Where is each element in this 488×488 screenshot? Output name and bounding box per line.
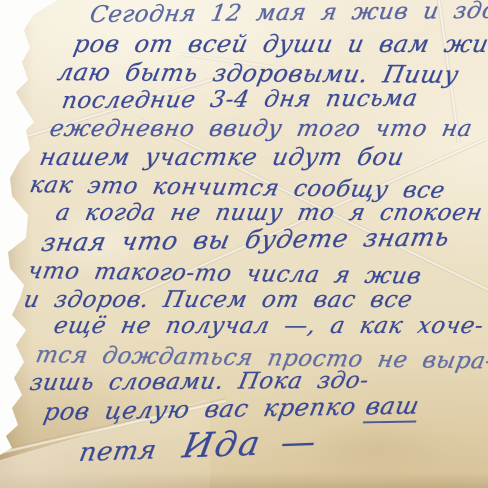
line-text: ещё не получал —, а как хоче-: [51, 313, 485, 339]
handwriting-line: ров от всей души и вам жи-: [71, 30, 488, 58]
line-text: зишь словами. Пока здо-: [28, 368, 371, 396]
handwriting-line: ещё не получал —, а как хоче-: [51, 313, 485, 339]
line-text: лаю быть здоровыми. Пишу: [55, 58, 461, 89]
handwriting-line: и здоров. Писем от вас все: [21, 287, 414, 313]
line-text: зная что вы будете знать: [39, 222, 452, 257]
line-text: нашем участке идут бои: [37, 143, 406, 171]
paper-sheet: Сегодня 12 мая я жив и здо- ров от всей …: [0, 0, 488, 488]
handwriting-line: Сегодня 12 мая я жив и здо-: [88, 0, 488, 28]
line-text: последние 3-4 дня письма: [60, 86, 420, 114]
handwriting-line: лаю быть здоровыми. Пишу: [55, 58, 461, 89]
handwriting-line: ров целую вас крепковаш: [41, 391, 421, 426]
line-text: ров от всей души и вам жи-: [71, 30, 488, 58]
handwriting-line: зишь словами. Пока здо-: [28, 368, 371, 396]
handwriting-line: ежедневно ввиду того что на: [47, 116, 474, 142]
line-text: и здоров. Писем от вас все: [21, 287, 414, 313]
torn-edge-shading: [0, 0, 34, 488]
handwriting-line: нашем участке идут бои: [37, 143, 406, 171]
underlined-word: ваш: [363, 391, 422, 423]
handwriting-line: что такого-то числа я жив: [26, 258, 424, 290]
signature-flourish: Ида —: [180, 422, 321, 467]
letter-scan: Сегодня 12 мая я жив и здо- ров от всей …: [0, 0, 488, 488]
line-text: Сегодня 12 мая я жив и здо-: [88, 0, 488, 28]
line-text: что такого-то числа я жив: [26, 258, 424, 290]
handwriting-line: зная что вы будете знать: [39, 222, 452, 257]
line-text: ров целую вас крепко: [41, 393, 358, 426]
signature-name: петя: [77, 435, 159, 468]
line-text: ежедневно ввиду того что на: [47, 116, 474, 142]
paper-stain: [300, 420, 450, 480]
handwriting-line: последние 3-4 дня письма: [60, 86, 420, 114]
signature-line: петяИда —: [76, 422, 320, 470]
